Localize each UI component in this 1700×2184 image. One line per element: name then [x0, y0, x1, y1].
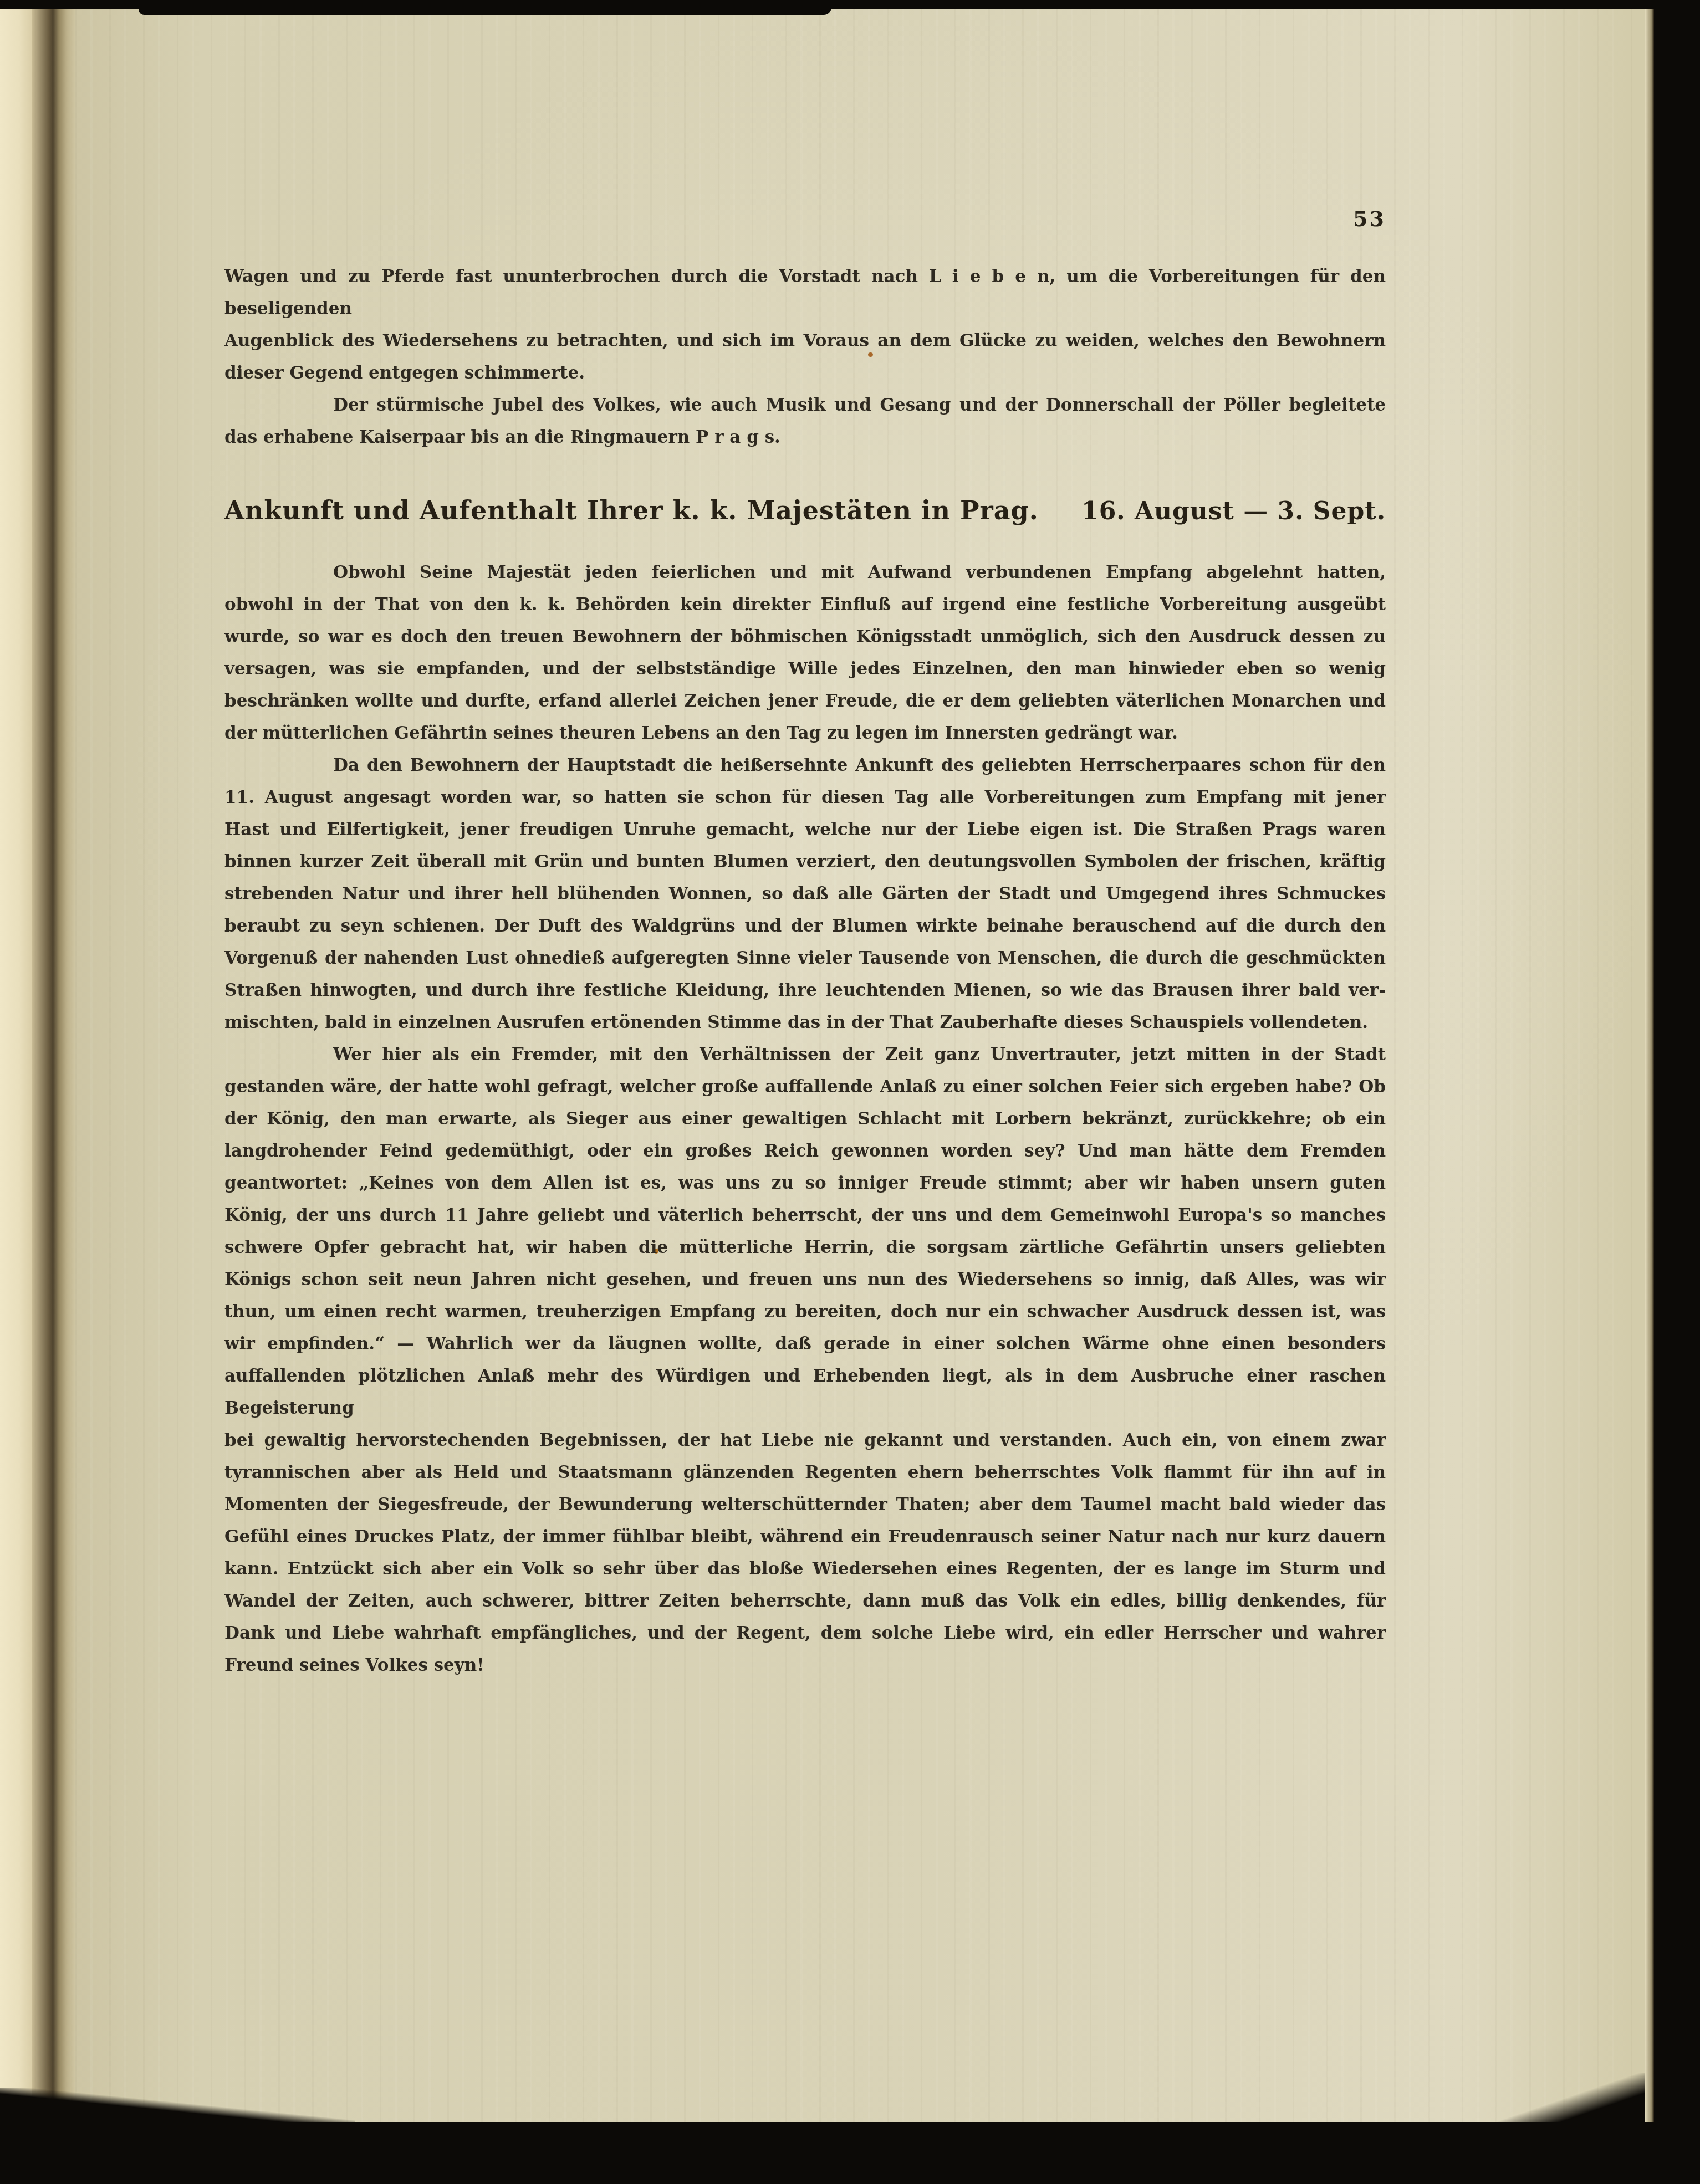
- text-line: thun, um einen recht warmen, treuherzige…: [224, 1296, 1386, 1328]
- text-line: Freund seines Volkes seyn!: [224, 1649, 1386, 1681]
- text-line: Gefühl eines Druckes Platz, der immer fü…: [224, 1521, 1386, 1553]
- text-line: wir empfinden.“ — Wahrlich wer da läugne…: [224, 1328, 1386, 1360]
- text-line: Momenten der Siegesfreude, der Bewunderu…: [224, 1489, 1386, 1521]
- text-line: Wagen und zu Pferde fast ununterbrochen …: [224, 260, 1386, 325]
- text-line: der König, den man erwarte, als Sieger a…: [224, 1103, 1386, 1135]
- text-line: Vorgenuß der nahenden Lust ohnedieß aufg…: [224, 942, 1386, 974]
- text-line: Da den Bewohnern der Hauptstadt die heiß…: [224, 749, 1386, 781]
- text-line: obwohl in der That von den k. k. Behörde…: [224, 589, 1386, 621]
- text-line: Obwohl Seine Majestät jeden feierlichen …: [224, 556, 1386, 589]
- text-line: versagen, was sie empfanden, und der sel…: [224, 653, 1386, 685]
- section-heading-dates: 16. August — 3. Sept.: [1081, 491, 1386, 532]
- page-text-column: Wagen und zu Pferde fast ununterbrochen …: [224, 260, 1386, 1681]
- text-line: binnen kurzer Zeit überall mit Grün und …: [224, 846, 1386, 878]
- scan-border-bottom-right: [1497, 2073, 1645, 2124]
- page-right-edge: [1645, 9, 1654, 2122]
- scan-border-bottom-left: [0, 2088, 355, 2124]
- text-line: Augenblick des Wiedersehens zu betrachte…: [224, 325, 1386, 357]
- paragraph: Wagen und zu Pferde fast ununterbrochen …: [224, 260, 1386, 389]
- text-line: mischten, bald in einzelnen Ausrufen ert…: [224, 1006, 1386, 1039]
- text-line: Hast und Eilfertigkeit, jener freudigen …: [224, 814, 1386, 846]
- paragraph: Da den Bewohnern der Hauptstadt die heiß…: [224, 749, 1386, 1039]
- scan-border-top: [139, 0, 831, 15]
- text-line: kann. Entzückt sich aber ein Volk so seh…: [224, 1553, 1386, 1585]
- text-line: schwere Opfer gebracht hat, wir haben di…: [224, 1231, 1386, 1264]
- text-line: gestanden wäre, der hatte wohl gefragt, …: [224, 1071, 1386, 1103]
- text-line: beschränken wollte und durfte, erfand al…: [224, 685, 1386, 717]
- page-gutter-shadow: [32, 9, 75, 2122]
- text-line: Wandel der Zeiten, auch schwerer, bittre…: [224, 1585, 1386, 1617]
- text-line: das erhabene Kaiserpaar bis an die Ringm…: [224, 421, 1386, 453]
- text-line: auffallenden plötzlichen Anlaß mehr des …: [224, 1360, 1386, 1424]
- paragraph: Obwohl Seine Majestät jeden feierlichen …: [224, 556, 1386, 749]
- text-line: bei gewaltig hervorstechenden Begebnisse…: [224, 1424, 1386, 1456]
- previous-page-edge: [0, 9, 32, 2122]
- body-paragraphs-after-heading: Obwohl Seine Majestät jeden feierlichen …: [224, 556, 1386, 1681]
- text-line: Der stürmische Jubel des Volkes, wie auc…: [224, 389, 1386, 421]
- text-line: König, der uns durch 11 Jahre geliebt un…: [224, 1199, 1386, 1231]
- page-number: 53: [1275, 206, 1386, 231]
- text-line: langdrohender Feind gedemüthigt, oder ei…: [224, 1135, 1386, 1167]
- text-line: Dank und Liebe wahrhaft empfängliches, u…: [224, 1617, 1386, 1649]
- section-heading-title: Ankunft und Aufenthalt Ihrer k. k. Majes…: [224, 490, 1039, 531]
- text-line: geantwortet: „Keines von dem Allen ist e…: [224, 1167, 1386, 1199]
- text-line: der mütterlichen Gefährtin seines theure…: [224, 717, 1386, 749]
- body-paragraphs-before-heading: Wagen und zu Pferde fast ununterbrochen …: [224, 260, 1386, 453]
- text-line: Königs schon seit neun Jahren nicht gese…: [224, 1264, 1386, 1296]
- paragraph: Der stürmische Jubel des Volkes, wie auc…: [224, 389, 1386, 453]
- section-heading: Ankunft und Aufenthalt Ihrer k. k. Majes…: [224, 490, 1386, 532]
- text-line: strebenden Natur und ihrer hell blühende…: [224, 878, 1386, 910]
- text-line: dieser Gegend entgegen schimmerte.: [224, 357, 1386, 389]
- text-line: Wer hier als ein Fremder, mit den Verhäl…: [224, 1039, 1386, 1071]
- text-line: tyrannischen aber als Held und Staatsman…: [224, 1456, 1386, 1489]
- paragraph: Wer hier als ein Fremder, mit den Verhäl…: [224, 1039, 1386, 1681]
- text-line: Straßen hinwogten, und durch ihre festli…: [224, 974, 1386, 1006]
- text-line: wurde, so war es doch den treuen Bewohne…: [224, 621, 1386, 653]
- text-line: 11. August angesagt worden war, so hatte…: [224, 781, 1386, 814]
- text-line: beraubt zu seyn schienen. Der Duft des W…: [224, 910, 1386, 942]
